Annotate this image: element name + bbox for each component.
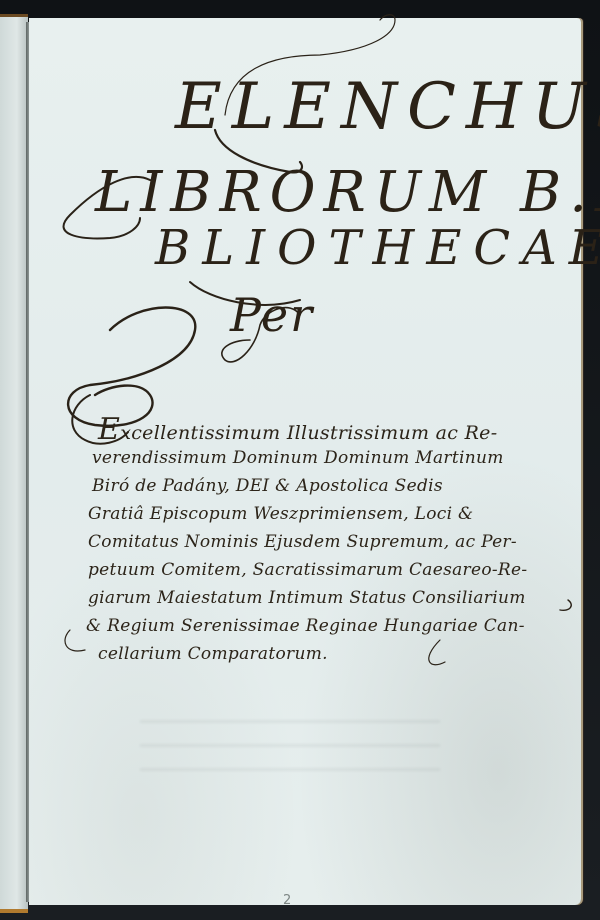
title-librorum: LIBRORUM B.I. [95,160,600,225]
title-bibliothecae: BLIOTHECAE [155,220,600,276]
dedication-line: Comitatus Nominis Ejusdem Supremum, ac P… [82,528,587,556]
dedication-line: verendissimum Dominum Dominum Martinum [82,444,587,472]
page-number: 2 [283,893,291,908]
manuscript-scan: ELENCHUS LIBRORUM B.I. BLIOTHECAE Per Ex… [0,0,600,920]
ink-bleed-through [140,720,440,790]
dedication-line: Excellentissimum Illustrissimum ac Re- [82,416,587,444]
dedication-line: Biró de Padány, DEI & Apostolica Sedis [82,472,587,500]
dedication-line: petuum Comitem, Sacratissimarum Caesareo… [82,556,587,584]
dedication-line: & Regium Serenissimae Reginae Hungariae … [82,612,587,640]
dedication-line: giarum Maiestatum Intimum Status Consili… [82,584,587,612]
dedication-line: cellarium Comparatorum. [82,640,587,668]
title-elenchus: ELENCHUS [175,70,600,144]
per-s-flourish [68,308,195,426]
dedication-line: Gratiâ Episcopum Weszprimiensem, Loci & [82,500,587,528]
title-per: Per [230,288,314,342]
drop-cap-letter: E [98,412,120,447]
dedication-text: Excellentissimum Illustrissimum ac Re- v… [82,416,587,668]
